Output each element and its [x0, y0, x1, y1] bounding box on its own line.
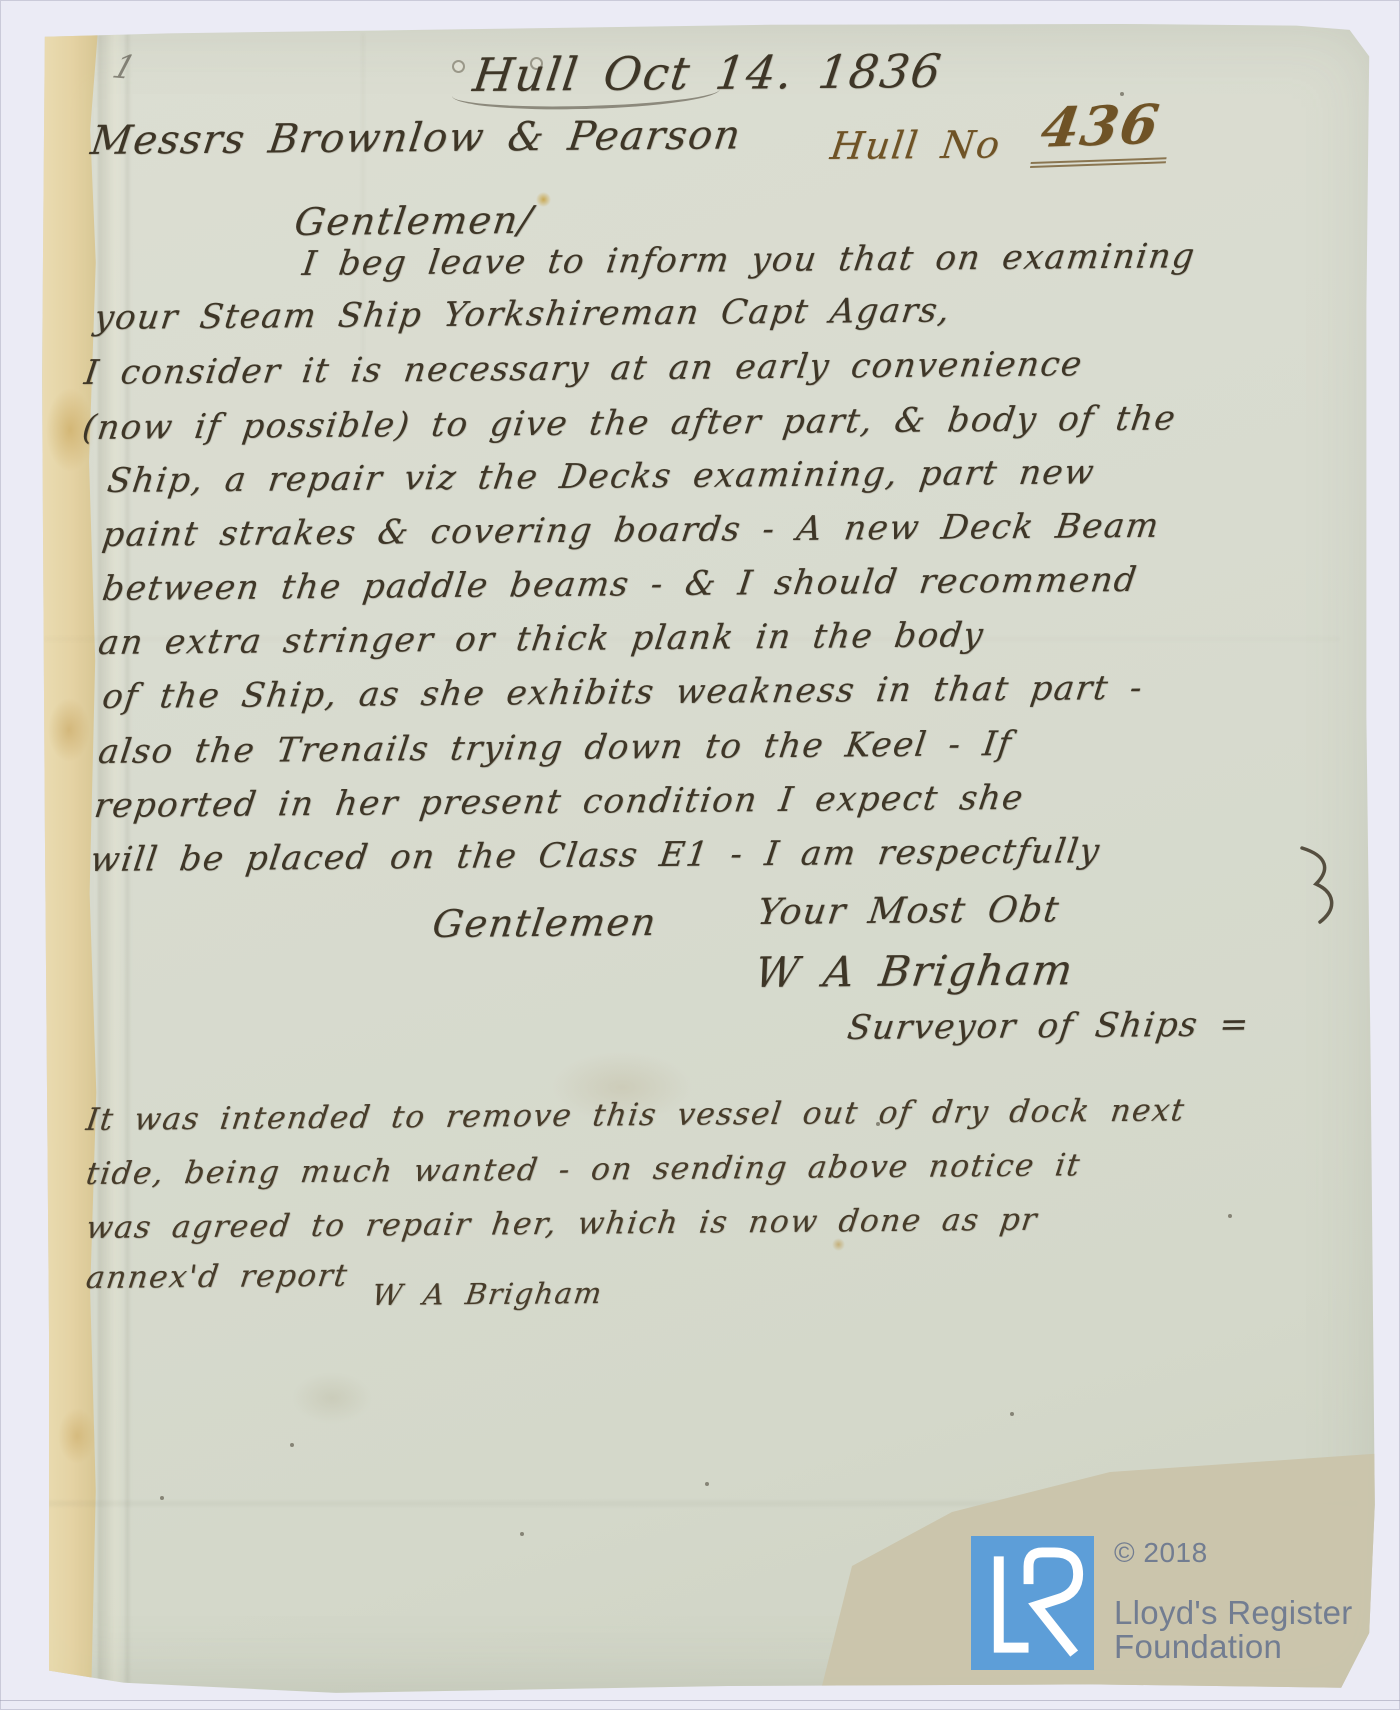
closing-salutation: Gentlemen: [430, 900, 660, 946]
backing-edge-line: [0, 1700, 1400, 1701]
organization-name-line1: Lloyd's Register: [1114, 1596, 1353, 1630]
paper-speck: [705, 1482, 709, 1486]
postscript-line: It was intended to remove this vessel ou…: [84, 1092, 1187, 1138]
salutation: Gentlemen/: [292, 198, 536, 244]
watermark-text: © 2018 Lloyd's Register Foundation: [1114, 1536, 1353, 1664]
hull-number-label: Hull No: [828, 123, 1004, 168]
letter-body-line: reported in her present condition I expe…: [92, 778, 1027, 826]
soft-stain: [292, 1372, 372, 1424]
letter-body-line: I beg leave to inform you that on examin…: [300, 236, 1198, 284]
paper-speck: [1228, 1214, 1232, 1218]
postscript-signature: W A Brigham: [370, 1276, 605, 1312]
paper-speck: [290, 1443, 294, 1447]
postscript-line: tide, being much wanted - on sending abo…: [84, 1147, 1083, 1192]
letter-body-line: an extra stringer or thick plank in the …: [96, 615, 987, 663]
copyright-text: © 2018: [1114, 1538, 1353, 1568]
letter-body-line: also the Trenails trying down to the Kee…: [96, 724, 1015, 772]
letter-body-line: of the Ship, as she exhibits weakness in…: [100, 668, 1146, 717]
letter-body-line: between the paddle beams - & I should re…: [100, 560, 1140, 609]
organization-name-line2: Foundation: [1114, 1630, 1353, 1664]
scanned-letter-page: 1 Hull Oct 14. 1836 Messrs Brownlow & Pe…: [0, 0, 1400, 1710]
postscript-line: annex'd report: [84, 1258, 350, 1296]
addressee-line: Messrs Brownlow & Pearson: [88, 112, 744, 164]
date-line: Hull Oct 14. 1836: [470, 44, 945, 102]
letter-body-line: your Steam Ship Yorkshireman Capt Agars,: [92, 291, 953, 338]
letter-body-line: I consider it is necessary at an early c…: [82, 344, 1085, 393]
foxing-stain: [48, 698, 90, 762]
postscript-line: was agreed to repair her, which is now d…: [84, 1202, 1040, 1246]
letter-body-line: (now if possible) to give the after part…: [80, 398, 1179, 448]
paper-speck: [520, 1532, 524, 1536]
ink-spot-stain: [832, 1238, 845, 1251]
closing-flourish-mark: [1294, 842, 1342, 928]
closing-valediction: Your Most Obt: [755, 889, 1062, 933]
paper-speck: [1010, 1412, 1014, 1416]
letter-body-line: will be placed on the Class E1 - I am re…: [88, 831, 1103, 880]
letter-body-line: Ship, a repair viz the Decks examining, …: [105, 452, 1098, 501]
paper-speck: [160, 1496, 164, 1500]
letter-paper: 1 Hull Oct 14. 1836 Messrs Brownlow & Pe…: [0, 0, 1400, 1710]
lloyds-register-watermark: © 2018 Lloyd's Register Foundation: [971, 1536, 1353, 1670]
foxing-stain: [58, 1408, 96, 1464]
ink-spot-stain: [536, 192, 551, 207]
hull-number-value: 436: [1030, 91, 1176, 168]
signature-title: Surveyor of Ships =: [845, 1004, 1252, 1048]
signature: W A Brigham: [752, 945, 1077, 997]
letter-body-line: paint strakes & covering boards - A new …: [100, 506, 1162, 555]
pinhole: [452, 60, 465, 73]
lloyds-register-logo-icon: [971, 1536, 1094, 1670]
